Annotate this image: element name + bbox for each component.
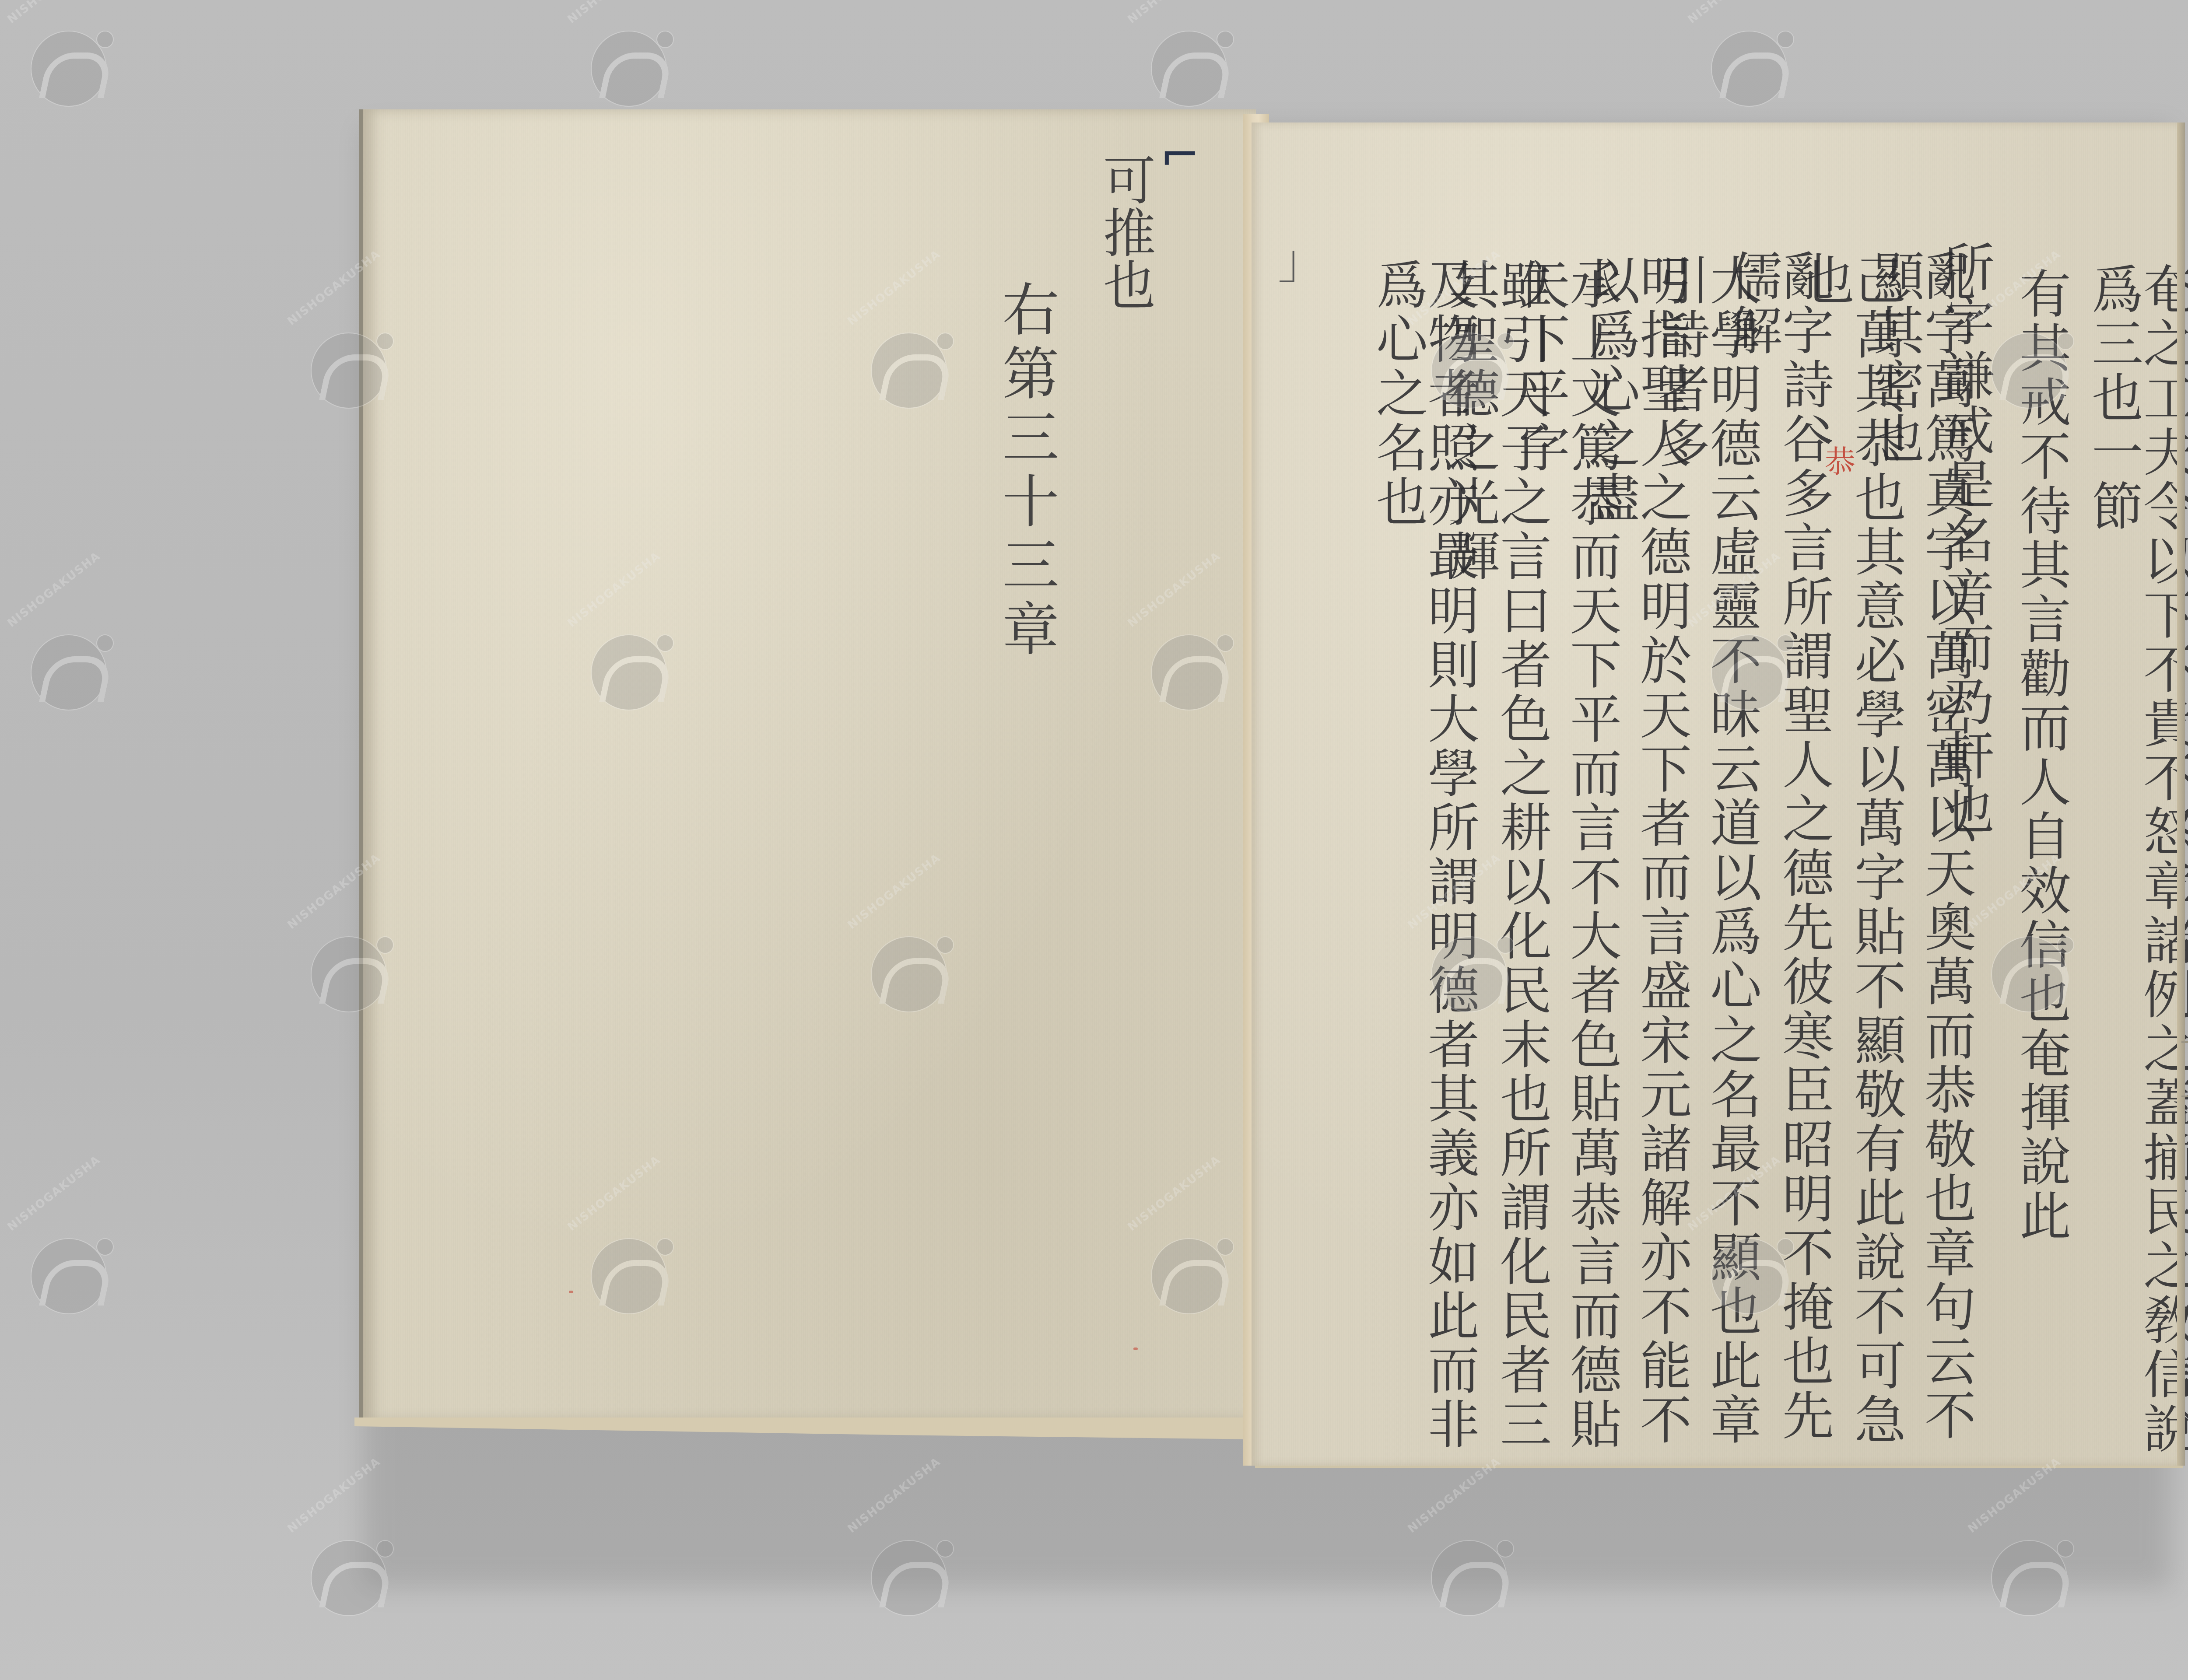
left-page: ⌐ 可推也 右第三十三章 [359, 109, 1256, 1422]
text-column-11: 及物者照亦最明則大學所謂明德者其義亦如此而非爲心之名也 [1372, 258, 1475, 1466]
red-speck [1133, 1347, 1138, 1350]
left-page-last-line: 可推也 [1098, 153, 1151, 311]
right-page: 」 奄之工夫令以下不貴不怒章諸例之蓋揃民之敎信說爲三也一節 有其戒不待其言勸而人… [1252, 122, 2179, 1466]
red-annotation: 恭 [1825, 437, 1855, 482]
text-column-1: 奄之工夫令以下不貴不怒章諸例之蓋揃民之敎信說爲三也一節 [2087, 262, 2188, 1466]
book-photo: ⌐ 可推也 右第三十三章 」 奄之工夫令以下不貴不怒章諸例之蓋揃民之敎信說爲三也… [0, 0, 2188, 1680]
right-bracket-mark: 」 [1278, 223, 1326, 292]
chapter-end-label: 右第三十三章 [998, 280, 1055, 663]
left-bracket-mark: ⌐ [1160, 127, 1200, 183]
right-page-edge [2177, 122, 2185, 1466]
red-speck [569, 1291, 573, 1293]
binding-thread [2181, 1041, 2188, 1097]
text-column-2: 有其戒不待其言勸而人自效信也奄揮說此 [2015, 267, 2067, 1243]
